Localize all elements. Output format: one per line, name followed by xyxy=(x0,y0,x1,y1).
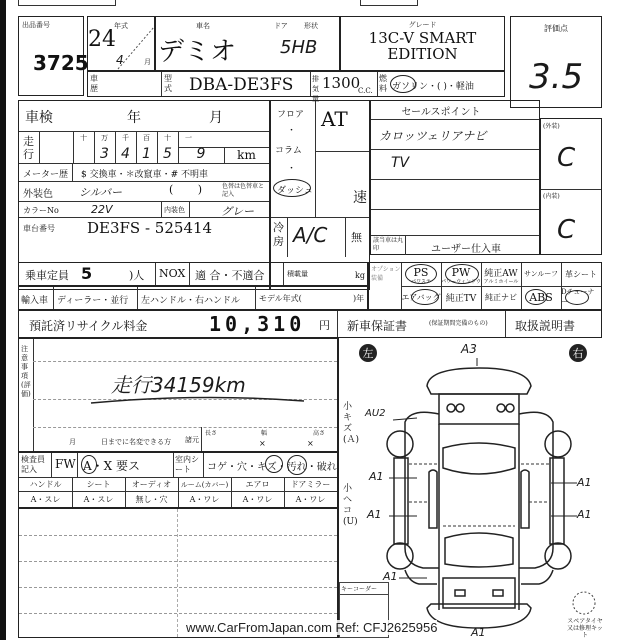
shaken-year: 年 xyxy=(127,107,141,127)
handle-options: 左ハンドル・右ハンドル xyxy=(141,293,240,306)
mark-front-bumper: A1 xyxy=(471,626,486,639)
length-label: 長さ xyxy=(205,428,217,437)
cc-unit: C.C. xyxy=(358,87,373,95)
fw-circle-mark xyxy=(81,455,97,474)
load-label: 積載量 xyxy=(287,269,308,279)
capacity-value: 5 xyxy=(81,264,92,283)
mark-rear-left-quarter: AU2 xyxy=(365,408,386,419)
sales-points-box: セールスポイント カロッツェリアナビ TV 該当車は丸印 ユーザー仕入車 xyxy=(370,100,540,255)
exterior-grade: C xyxy=(557,143,575,173)
km-unit: km xyxy=(224,147,269,163)
circle-abs xyxy=(525,289,547,305)
displacement: 1300 xyxy=(322,74,360,92)
equipment-grid: オプション装備 PS PW 純正AW サンルーフ 革シート パワステ パワーウィ… xyxy=(368,262,602,310)
dim-x1: × xyxy=(259,439,266,448)
capacity-label: 乗車定員 xyxy=(25,267,69,283)
inspection-item-label: ハンドル xyxy=(19,478,72,491)
car-name: デミオ xyxy=(158,31,236,68)
dimensions-label: 諸元 xyxy=(185,435,199,445)
fuel-label: 燃料 xyxy=(379,74,388,94)
inspection-item-label: シート xyxy=(72,478,125,491)
chassis-number: DE3FS - 525414 xyxy=(87,219,212,237)
height-label: 高さ xyxy=(313,428,325,437)
car-name-box: 車名 デミオ ドア 形状 5HB xyxy=(155,16,340,71)
interior-color-label: 内装色 xyxy=(164,205,185,215)
digit-label: 十 xyxy=(73,132,94,144)
lot-label: 出品番号 xyxy=(22,20,50,30)
notes-box: 注意事項(評価) 走行34159km 月 日までに名変できる方 諸元 長さ 幅 … xyxy=(18,338,338,452)
bottom-notes-box xyxy=(18,508,338,638)
dealer-mark-label: 該当車は丸印 xyxy=(373,237,403,253)
score-label: 評価点 xyxy=(511,23,601,34)
inspection-item-options: A・ワレ xyxy=(284,492,337,507)
inspection-item-options: A・スレ xyxy=(19,492,72,507)
lot-number: 3725 xyxy=(33,51,89,75)
import-row: 輸入車 ディーラー・並行 左ハンドル・右ハンドル モデル年式( )年 xyxy=(18,286,368,310)
shaken-label: 車検 xyxy=(25,107,53,127)
digit-label: 一 xyxy=(178,132,199,144)
capacity-row: 乗車定員 5 )人 NOX 適 合・不適合 積載量 kg xyxy=(18,262,368,286)
inspection-box: 検査員記入 FW A・X 要ス 室内シート コゲ・穴・キズ・汚れ・破れ ハンドル… xyxy=(18,452,338,508)
circle-airbag xyxy=(411,289,439,305)
equipment-side-label: オプション装備 xyxy=(371,265,401,283)
fuel-circle-mark xyxy=(390,75,416,93)
score-box: 評価点 3.5 xyxy=(510,16,602,108)
ac-value: A/C xyxy=(293,223,327,247)
equip-sunroof: サンルーフ xyxy=(521,267,561,281)
width-label: 幅 xyxy=(261,428,267,437)
sales-point-line: カロッツェリアナビ xyxy=(379,127,486,144)
interior-seat-label: 室内シート xyxy=(175,455,203,475)
equip-genuine-aw: 純正AW xyxy=(481,265,521,279)
shaken-month: 月 xyxy=(209,107,223,127)
equip-leather-seat: 革シート xyxy=(561,267,601,281)
mileage-digit: 4 xyxy=(115,145,136,163)
key-coder-label: キーコーダー xyxy=(340,583,388,595)
yen-unit: 円 xyxy=(319,317,330,333)
exterior-color-label: 外装色 xyxy=(23,185,53,200)
model-code: DBA-DE3FS xyxy=(189,75,293,95)
nox-label: NOX xyxy=(159,267,185,280)
circle-pw xyxy=(445,264,479,284)
inspection-item-label: ルーム(カバー) xyxy=(178,478,231,491)
floor-label: フロア xyxy=(277,107,304,120)
dot-2: ・ xyxy=(287,161,296,174)
grade-box: グレード 13C-V SMART EDITION xyxy=(340,16,505,71)
sales-point-line: TV xyxy=(391,155,409,171)
inspection-item-label: ドアミラー xyxy=(284,478,337,491)
notes-month: 月 xyxy=(69,437,76,447)
watermark: www.CarFromJapan.com Ref: CFJ2625956 xyxy=(186,620,437,635)
model-row: 車歴 型式 DBA-DE3FS 排気量 1300 C.C. 燃料 ガソリン・( … xyxy=(87,71,505,97)
inspection-item-options: A・スレ xyxy=(72,492,125,507)
load-unit: kg xyxy=(355,271,365,280)
exterior-grade-label: (外装) xyxy=(543,121,560,130)
capacity-unit: )人 xyxy=(129,267,144,283)
digit-label: 万 xyxy=(94,132,115,144)
car-name-label: 車名 xyxy=(196,21,210,31)
circle-d-tuner xyxy=(565,290,589,305)
scan-edge xyxy=(0,0,6,640)
column-label: コラム xyxy=(275,143,302,156)
inspection-item-options: A・ワレ xyxy=(178,492,231,507)
ac-label: 冷房 xyxy=(273,221,285,249)
mark-rear-bumper: A3 xyxy=(461,342,477,356)
spare-tire-label: スペアタイヤ又は修理キット xyxy=(567,618,603,639)
speed-label: 速 xyxy=(353,187,367,207)
mark-right-front-door: A1 xyxy=(577,508,592,521)
grade-line2: EDITION xyxy=(341,46,504,62)
digit-label: 十 xyxy=(157,132,178,144)
inspection-item-options: 無し・穴 xyxy=(125,492,178,507)
door-shape: 5HB xyxy=(280,37,317,58)
ac-none-label: 無 xyxy=(351,229,362,245)
grade-ratings-box: (外装) C (内装) C xyxy=(540,118,602,255)
mileage-digit: 1 xyxy=(136,145,157,163)
repaint-bracket: ( ) xyxy=(169,183,202,196)
damage-diagram: 左 右 小キズ(Ａ) 小ヘコ(U) xyxy=(338,338,602,638)
recycle-fee: 10,310 xyxy=(209,312,305,336)
inspection-item-label: オーディオ xyxy=(125,478,178,491)
mark-left-rear-door: A1 xyxy=(369,470,384,483)
recycle-label: 預託済リサイクル料金 xyxy=(29,317,147,334)
name-change-label: 日までに名変できる方 xyxy=(101,437,171,447)
inspection-item-label: エアロ xyxy=(231,478,284,491)
color-no-label: カラーNo xyxy=(23,205,59,216)
repaint-note: 色替は色替車と記入 xyxy=(222,183,268,199)
history-label: 車歴 xyxy=(90,74,99,94)
score-value: 3.5 xyxy=(529,57,583,97)
model-year-unit: )年 xyxy=(353,293,364,304)
grade-line1: 13C-V SMART xyxy=(341,30,504,46)
meter-history-options: $ 交換車・＊改竄車・# 不明車 xyxy=(81,167,208,180)
recycle-row: 預託済リサイクル料金 10,310 円 新車保証書 (保証期間完備のもの) 取扱… xyxy=(18,310,602,338)
inspector-label: 検査員記入 xyxy=(21,455,49,475)
transmission-type: AT xyxy=(321,107,348,131)
underline-stroke xyxy=(89,393,309,407)
import-label: 輸入車 xyxy=(21,293,48,306)
circle-ps xyxy=(405,264,437,284)
digit-label: 千 xyxy=(115,132,136,144)
door-label: ドア xyxy=(274,21,288,31)
fw-label: FW xyxy=(55,457,76,471)
import-options: ディーラー・並行 xyxy=(57,293,128,306)
digit-label: 百 xyxy=(136,132,157,144)
notes-side-label: 注意事項(評価) xyxy=(21,345,31,399)
warranty-label: 新車保証書 xyxy=(347,317,407,334)
interior-grade-label: (内装) xyxy=(543,191,560,200)
mark-right-rear-door: A1 xyxy=(577,476,592,489)
equip-genuine-tv: 純正TV xyxy=(441,288,481,306)
warranty-note: (保証期間完備のもの) xyxy=(429,318,489,327)
interior-grade: C xyxy=(557,215,575,245)
mark-left-front-door: A1 xyxy=(367,508,382,521)
equip-sub: アルミホイール xyxy=(481,278,521,285)
stain-circle-mark xyxy=(287,455,307,475)
lot-number-box: 出品番号 3725 xyxy=(18,16,84,96)
mileage-digit: 5 xyxy=(157,145,178,163)
dash-circle-mark xyxy=(273,179,311,197)
meter-history-label: メーター歴 xyxy=(23,167,68,180)
year-divider xyxy=(88,17,156,72)
shape-label: 形状 xyxy=(304,21,318,31)
scratch-circle-mark xyxy=(265,455,283,473)
model-label: 型式 xyxy=(164,74,173,94)
top-tick-boxes-left xyxy=(18,0,116,6)
top-tick-boxes-right xyxy=(360,0,418,6)
dot-1: ・ xyxy=(287,123,296,136)
model-year-label: モデル年式( xyxy=(259,293,302,304)
exterior-color: シルバー xyxy=(79,184,122,200)
manual-label: 取扱説明書 xyxy=(515,317,575,334)
mileage-label: 走行 xyxy=(23,135,35,161)
equip-genuine-navi: 純正ナビ xyxy=(481,288,521,306)
dim-x2: × xyxy=(307,439,314,448)
mileage-digit: 9 xyxy=(178,145,224,163)
chassis-label: 車台番号 xyxy=(23,223,55,234)
color-no: 22V xyxy=(91,203,113,216)
mileage-digit: 3 xyxy=(94,145,115,163)
nox-options: 適 合・不適合 xyxy=(195,267,265,283)
user-purchase-label: ユーザー仕入車 xyxy=(431,240,501,255)
sales-points-title: セールスポイント xyxy=(371,103,511,118)
year-box: 年式 24 4 月 xyxy=(87,16,155,71)
inspection-item-options: A・ワレ xyxy=(231,492,284,507)
